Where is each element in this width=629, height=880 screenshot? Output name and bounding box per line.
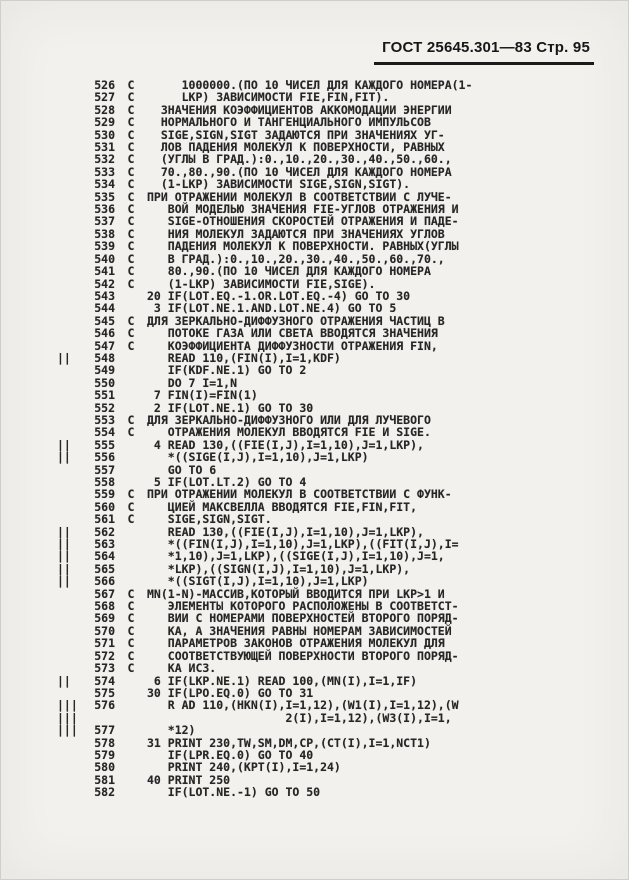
line-number: 564	[81, 550, 115, 562]
comment-flag: C	[115, 327, 147, 339]
comment-flag: C	[115, 240, 147, 252]
comment-flag: C	[115, 340, 147, 352]
document-number-and-page: ГОСТ 25645.301—83 Стр. 95	[382, 39, 590, 56]
code-line: 57831 PRINT 230,TW,SM,DM,CP,(CT(I),I=1,N…	[57, 737, 622, 749]
code-line: 572C СООТВЕТСТВУЮЩЕЙ ПОВЕРХНОСТИ ВТОРОГО…	[57, 650, 622, 662]
code-line: 557 GO TO 6	[57, 464, 622, 476]
line-number: 573	[81, 662, 115, 674]
code-line: 580 PRINT 240,(KPT(I),I=1,24)	[57, 761, 622, 773]
comment-flag: C	[115, 513, 147, 525]
code-line: 58140 PRINT 250	[57, 774, 622, 786]
comment-flag: C	[115, 91, 147, 103]
line-number: 556	[81, 451, 115, 463]
line-number: 544	[81, 302, 115, 314]
code-line: ||548 READ 110,(FIN(I),I=1,KDF)	[57, 352, 622, 364]
comment-flag: C	[115, 488, 147, 500]
margin-mark: ||	[57, 675, 81, 687]
code-line: ||556 *((SIGE(I,J),I=1,10),J=1,LKP)	[57, 451, 622, 463]
code-listing: 526C 1000000.(ПО 10 ЧИСЕЛ ДЛЯ КАЖДОГО НО…	[57, 79, 622, 799]
line-number: 554	[81, 426, 115, 438]
line-number: 527	[81, 91, 115, 103]
document-header: ГОСТ 25645.301—83 Стр. 95	[374, 37, 594, 65]
line-number: 549	[81, 364, 115, 376]
line-number: 571	[81, 637, 115, 649]
margin-mark: ||	[57, 550, 81, 562]
comment-flag: C	[115, 178, 147, 190]
margin-mark: |||	[57, 724, 81, 736]
line-number: 559	[81, 488, 115, 500]
comment-flag: C	[115, 116, 147, 128]
code-line: 550 DO 7 I=1,N	[57, 377, 622, 389]
comment-flag: C	[115, 426, 147, 438]
margin-mark: |||	[57, 699, 81, 711]
line-number: 541	[81, 265, 115, 277]
line-number: 561	[81, 513, 115, 525]
margin-mark: ||	[57, 352, 81, 364]
line-number: 576	[81, 699, 115, 711]
code-line: 582 IF(LOT.NE.-1) GO TO 50	[57, 786, 622, 798]
code-line: 560C ЦИЕЙ МАКСВЕЛЛА ВВОДЯТСЯ FIE,FIN,FIT…	[57, 501, 622, 513]
line-number: 551	[81, 389, 115, 401]
comment-flag: C	[115, 153, 147, 165]
line-number: 580	[81, 761, 115, 773]
code-line: ||| 2(I),I=1,12),(W3(I),I=1,	[57, 712, 622, 724]
code-line: ||574 6 IF(LKP.NE.1) READ 100,(MN(I),I=1…	[57, 675, 622, 687]
line-number: 582	[81, 786, 115, 798]
line-number: 546	[81, 327, 115, 339]
line-number: 539	[81, 240, 115, 252]
line-number: 577	[81, 724, 115, 736]
margin-mark: ||	[57, 451, 81, 463]
comment-flag: C	[115, 637, 147, 649]
margin-mark: ||	[57, 575, 81, 587]
scanned-document-page: ГОСТ 25645.301—83 Стр. 95 526C 1000000.(…	[0, 0, 629, 880]
line-number: 532	[81, 153, 115, 165]
comment-flag: C	[115, 278, 147, 290]
comment-flag: C	[115, 662, 147, 674]
comment-flag: C	[115, 265, 147, 277]
code-line: 551 7 FIN(I)=FIN(1)	[57, 389, 622, 401]
code-text: IF(LOT.NE.-1) GO TO 50	[147, 785, 320, 799]
line-number: 534	[81, 178, 115, 190]
line-number: 566	[81, 575, 115, 587]
code-line: 549 IF(KDF.NE.1) GO TO 2	[57, 364, 622, 376]
line-number: 529	[81, 116, 115, 128]
